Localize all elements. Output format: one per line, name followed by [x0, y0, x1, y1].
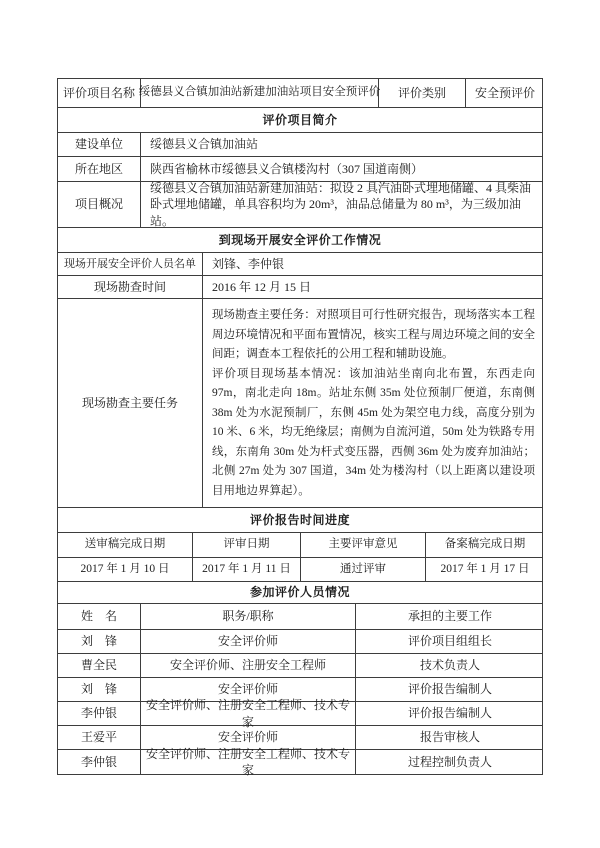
participant-title: 安全评价师、注册安全工程师、技术专家: [141, 702, 356, 725]
builder-value: 绥德县义合镇加油站: [141, 133, 544, 156]
table-row: 建设单位 绥德县义合镇加油站: [58, 133, 542, 157]
site-staff-label: 现场开展安全评价人员名单: [58, 253, 203, 275]
overview-value: 绥德县义合镇加油站新建加油站：拟设 2 具汽油卧式埋地储罐、4 具柴油卧式埋地储…: [141, 182, 544, 227]
intro-section-title: 评价项目简介: [58, 108, 542, 132]
participant-title: 安全评价师: [141, 630, 356, 653]
category-label: 评价类别: [379, 79, 466, 107]
participant-row: 曹全民 安全评价师、注册安全工程师 技术负责人: [58, 654, 542, 678]
evaluation-record-table: 评价项目名称 绥德县义合镇加油站新建加油站项目安全预评价 评价类别 安全预评价 …: [57, 78, 543, 775]
participant-row: 李仲银 安全评价师、注册安全工程师、技术专家 过程控制负责人: [58, 750, 542, 774]
participant-title: 安全评价师、注册安全工程师: [141, 654, 356, 677]
final-date-value: 2017 年 1 月 17 日: [426, 558, 544, 581]
schedule-section-title: 评价报告时间进度: [58, 508, 542, 532]
participant-row: 刘 锋 安全评价师 评价项目组组长: [58, 630, 542, 654]
participant-role: 技术负责人: [356, 654, 544, 677]
review-date-value: 2017 年 1 月 11 日: [193, 558, 301, 581]
table-row: 现场开展安全评价人员名单 刘锋、李仲银: [58, 253, 542, 276]
document-page: 评价项目名称 绥德县义合镇加油站新建加油站项目安全预评价 评价类别 安全预评价 …: [0, 0, 600, 848]
location-value: 陕西省榆林市绥德县义合镇楼沟村（307 国道南侧）: [141, 157, 544, 181]
table-row: 现场勘查时间 2016 年 12 月 15 日: [58, 276, 542, 299]
table-row: 姓 名 职务/职称 承担的主要工作: [58, 604, 542, 630]
participant-role: 评价项目组组长: [356, 630, 544, 653]
role-column-header: 承担的主要工作: [356, 604, 544, 629]
site-staff-value: 刘锋、李仲银: [203, 253, 544, 275]
table-row: 项目概况 绥德县义合镇加油站新建加油站：拟设 2 具汽油卧式埋地储罐、4 具柴油…: [58, 182, 542, 228]
participant-name: 李仲银: [58, 750, 141, 774]
final-date-header: 备案稿完成日期: [426, 533, 544, 557]
site-work-section-title: 到现场开展安全评价工作情况: [58, 228, 542, 252]
table-row: 到现场开展安全评价工作情况: [58, 228, 542, 253]
table-row: 参加评价人员情况: [58, 582, 542, 604]
draft-date-value: 2017 年 1 月 10 日: [58, 558, 193, 581]
participant-title: 安全评价师、注册安全工程师、技术专家: [141, 750, 356, 774]
table-row: 评价报告时间进度: [58, 508, 542, 533]
title-column-header: 职务/职称: [141, 604, 356, 629]
participant-row: 李仲银 安全评价师、注册安全工程师、技术专家 评价报告编制人: [58, 702, 542, 726]
project-name-value: 绥德县义合镇加油站新建加油站项目安全预评价: [141, 79, 379, 107]
participant-role: 评价报告编制人: [356, 702, 544, 725]
table-row: 评价项目简介: [58, 108, 542, 133]
table-row: 所在地区 陕西省榆林市绥德县义合镇楼沟村（307 国道南侧）: [58, 157, 542, 182]
participant-name: 刘 锋: [58, 678, 141, 701]
participant-role: 过程控制负责人: [356, 750, 544, 774]
survey-date-value: 2016 年 12 月 15 日: [203, 276, 544, 298]
survey-task-paragraph: 现场勘查主要任务：对照项目可行性研究报告，现场落实本工程周边环境情况和平面布置情…: [212, 306, 535, 365]
table-row: 评价项目名称 绥德县义合镇加油站新建加油站项目安全预评价 评价类别 安全预评价: [58, 79, 542, 108]
overview-label: 项目概况: [58, 182, 141, 227]
participant-name: 曹全民: [58, 654, 141, 677]
table-row: 现场勘查主要任务 现场勘查主要任务：对照项目可行性研究报告，现场落实本工程周边环…: [58, 299, 542, 508]
survey-date-label: 现场勘查时间: [58, 276, 203, 298]
review-opinion-value: 通过评审: [301, 558, 426, 581]
table-row: 送审稿完成日期 评审日期 主要评审意见 备案稿完成日期: [58, 533, 542, 558]
table-row: 2017 年 1 月 10 日 2017 年 1 月 11 日 通过评审 201…: [58, 558, 542, 582]
draft-date-header: 送审稿完成日期: [58, 533, 193, 557]
participant-role: 报告审核人: [356, 726, 544, 749]
survey-task-value: 现场勘查主要任务：对照项目可行性研究报告，现场落实本工程周边环境情况和平面布置情…: [203, 299, 544, 507]
review-opinion-header: 主要评审意见: [301, 533, 426, 557]
review-date-header: 评审日期: [193, 533, 301, 557]
participant-name: 李仲银: [58, 702, 141, 725]
builder-label: 建设单位: [58, 133, 141, 156]
survey-basic-info-paragraph: 评价项目现场基本情况：该加油站坐南向北布置，东西走向 97m，南北走向 18m。…: [212, 365, 535, 502]
location-label: 所在地区: [58, 157, 141, 181]
category-value: 安全预评价: [466, 79, 544, 107]
participant-name: 刘 锋: [58, 630, 141, 653]
participant-name: 王爱平: [58, 726, 141, 749]
project-name-label: 评价项目名称: [58, 79, 141, 107]
participant-role: 评价报告编制人: [356, 678, 544, 701]
name-column-header: 姓 名: [58, 604, 141, 629]
survey-task-label: 现场勘查主要任务: [58, 299, 203, 507]
participants-section-title: 参加评价人员情况: [58, 582, 542, 603]
